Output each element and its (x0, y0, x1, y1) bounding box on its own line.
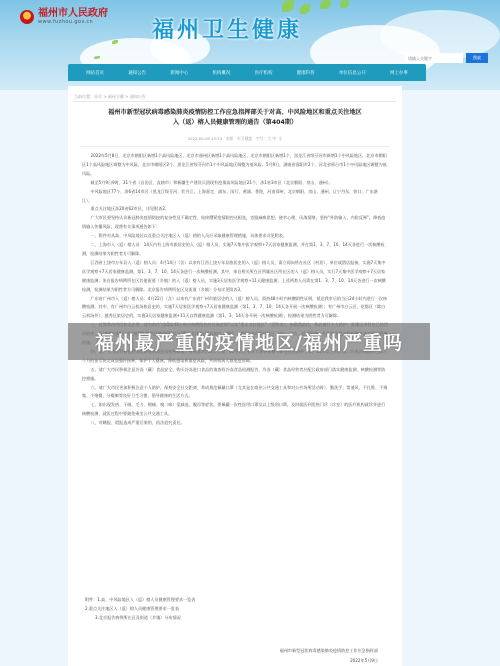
article-meta: 2022-05-09 13:33 来源：市卫健委 字号：大 中 小 (68, 136, 402, 142)
paragraph: 七、如出现发热、干咳、乏力、咽痛、嗅（味）觉减退、腹泻等症状，要佩戴一次性医用口… (82, 401, 388, 419)
signature-date: 2022年5月9日 (280, 656, 378, 666)
leaf-decoration (340, 0, 349, 8)
breadcrumb[interactable]: 当前位置：首页 > 福州卫健 > 通知公告 (74, 94, 146, 100)
nav-item-online-services[interactable]: 网上办事 (390, 70, 408, 76)
paragraph: 一、附件对从高、中风险地区以及重点关注地区入（返）榕的人员应采取健康管理措施，具… (82, 232, 388, 241)
signature: 福州市新型冠状病毒感染肺炎疫情防控工作应急指挥部 2022年5月9日 (280, 646, 378, 666)
publish-date: 2022-05-09 13:33 (188, 136, 222, 141)
gov-logo[interactable]: 福州市人民政府 www.fuzhou.gov.cn (20, 8, 108, 25)
gov-url: www.fuzhou.gov.cn (38, 19, 108, 25)
main-nav: 网站首页 通知公告 新闻中心 机构概况 医疗机构 健康科普 单位信息公开 网上办… (68, 64, 426, 81)
paragraph: 2022年5月8日，北京市朝阳区新增1个高风险地区，北京市通州区新增1个高风险地… (82, 152, 388, 179)
font-size-small[interactable]: 小 (278, 136, 282, 141)
nav-item-medical-institutions[interactable]: 医疗机构 (255, 70, 273, 76)
site-title: 福州卫生健康 (152, 13, 302, 44)
article-container: 当前位置：首页 > 福州卫健 > 通知公告 福州市新型冠状病毒感染肺炎疫情防控工… (68, 86, 402, 666)
article-title-line2: 入（返）榕人员健康管理的通告（第404期） (78, 118, 392, 128)
leaf-decoration (282, 0, 294, 12)
paragraph: 重点关注地区涉20省62市区，详见附表2。 (82, 205, 388, 214)
paragraph: 广大市民要坚持认识新冠肺炎疫情防控的复杂性及不确定性，始终绷紧疫情防控这根弦，克… (82, 214, 388, 232)
paragraph: 截至5月9日9时，31个省（自治区、直辖市）和新疆生产建设兵团现有疫情高风险地区… (82, 179, 388, 188)
article-source: 来源：市卫健委 (226, 136, 253, 141)
attachment-link-1[interactable]: 附件：1.高、中风险地区入（返）榕人员健康管理要求一览表 (85, 596, 195, 605)
nav-item-about[interactable]: 机构概况 (212, 70, 230, 76)
paragraph: 六、请广大市民更加积极注意个人防护，保持安全社交距离，养成规范佩戴口罩（尤其是在… (82, 384, 388, 402)
paragraph: 八、对瞒报、谎报造成严重后果的，依法追究责任。 (82, 419, 388, 428)
article-title: 福州市新型冠状病毒感染肺炎疫情防控工作应急指挥部关于对高、中风险地区和重点关注地… (78, 108, 392, 128)
paragraph: 五、请广大市民积极注意冷冻（藏）食品安全，购买冷冻进口食品的请查验冷冻食品检测报… (82, 366, 388, 384)
attachment-link-3[interactable]: 3.北京报告病例所在区及街道（乡镇）分布情况 (85, 614, 195, 623)
paragraph: 广东省广州市入（返）榕人员：4月22日（含）以来有广东省广州市旅居史的入（返）榕… (82, 295, 388, 322)
paragraph: 中风险地区77个，涉6省14市区（黑龙江绥芬河、牡丹江，上海嘉定、浦东、闵行、黄… (82, 188, 388, 206)
nav-item-health-science[interactable]: 健康科普 (297, 70, 315, 76)
attachment-link-2[interactable]: 2.重点关注地区入（返）榕人员健康管理要求一览表 (85, 605, 195, 614)
paragraph: 二、上海市入（返）榕人员：14天内有上海市旅居史的入（返）榕人员，实施7天集中医… (82, 241, 388, 259)
gov-name: 福州市人民政府 (38, 8, 108, 19)
paragraph: 江西省上饶市万年县入（返）榕人员：4月14日（含）以来有江西上饶万年县旅居史的入… (82, 259, 388, 295)
divider (74, 101, 396, 102)
divider (80, 146, 390, 147)
national-emblem-icon (20, 10, 34, 24)
caption-text: 福州最严重的疫情地区/福州严重吗 (95, 328, 403, 355)
font-size-options[interactable]: 字号：大 中 (256, 136, 276, 141)
caption-overlay: 福州最严重的疫情地区/福州严重吗 (68, 323, 430, 360)
search-input[interactable] (405, 53, 463, 63)
article-body: 2022年5月8日，北京市朝阳区新增1个高风险地区，北京市通州区新增1个高风险地… (82, 152, 388, 428)
search-button[interactable]: 搜索 (466, 53, 488, 63)
nav-item-home[interactable]: 网站首页 (86, 70, 104, 76)
nav-item-notices[interactable]: 通知公告 (128, 70, 146, 76)
nav-item-info-disclosure[interactable]: 单位信息公开 (339, 70, 366, 76)
article-title-line1: 福州市新型冠状病毒感染肺炎疫情防控工作应急指挥部关于对高、中风险地区和重点关注地… (78, 108, 392, 118)
leaf-decoration (320, 0, 331, 9)
search-bar: 搜索 (405, 53, 488, 63)
attachments: 附件：1.高、中风险地区入（返）榕人员健康管理要求一览表 2.重点关注地区入（返… (85, 596, 195, 623)
nav-item-news[interactable]: 新闻中心 (170, 70, 188, 76)
signature-org: 福州市新型冠状病毒感染肺炎疫情防控工作应急指挥部 (280, 646, 378, 656)
